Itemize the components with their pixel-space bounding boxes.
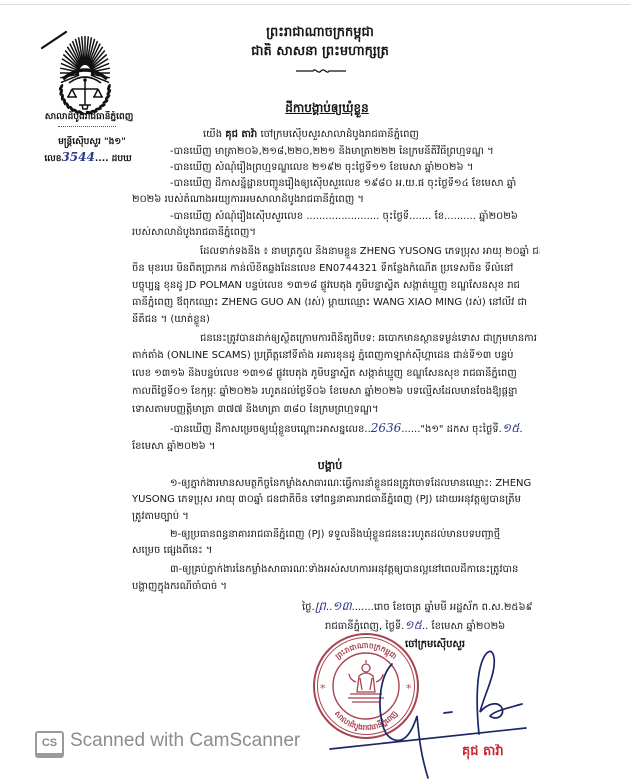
document-title: ដីកាបង្គាប់ឲ្យឃុំខ្លួន <box>240 100 414 118</box>
kingdom-heading: ព្រះរាជាណាចក្រកម្ពុជា <box>210 24 430 42</box>
charge-line: លេខ ១៣១៦ និងបន្ទប់លេខ ១៣១៨ ផ្លូវបេតុង ភូ… <box>132 367 540 382</box>
order-line: YUSONG ភេទប្រុស អាយុ ៣០ឆ្នាំ ជនជាតិចិន ទ… <box>132 493 540 508</box>
judge-name: គុជ តាវ៉ា <box>225 129 257 140</box>
detention-ref-middle: ......"ង១" ដកស ចុះថ្ងៃទី. <box>401 424 502 435</box>
lunar-prefix: ថ្ងៃ. <box>302 602 315 613</box>
scanned-document-page: សាលាដំបូងរាជធានីភ្នំពេញ មន្ត្រីស៊ើបសួរ "… <box>0 0 630 782</box>
ornament-flourish-icon <box>296 66 346 76</box>
charge-line: ជននេះត្រូវបានដាក់ឲ្យស្ថិតក្រោមការពិនិត្យ… <box>200 332 540 347</box>
camscanner-logo-icon: CS <box>35 731 64 758</box>
investigating-office: មន្ត្រីស៊ើបសួរ "ង១" <box>32 136 152 150</box>
detention-ref-suffix: . <box>519 424 522 435</box>
detention-ref-number-handwritten: 2636 <box>371 421 402 435</box>
intro-line: យើង គុជ តាវ៉ា ចៅក្រមស៊ើបសួរសាលាដំបូងរាជធ… <box>203 128 540 143</box>
national-motto: ជាតិ សាសនា ព្រះមហាក្សត្រ <box>210 43 430 61</box>
charge-line: ទោសតាមបញ្ញត្តិមាត្រា ៣៧៧ និងមាត្រា ៣៨០ ន… <box>132 403 540 418</box>
place-day-handwritten: ១៥ <box>404 618 422 632</box>
court-emblem-icon <box>55 33 115 115</box>
order-line: សម្រេច ផ្សេងពីនេះ ។ <box>132 544 540 559</box>
consideration-line: -បានឃើញ សំណុំរឿងព្រហ្មទណ្ឌលេខ ២១៩២ ចុះថ្… <box>170 161 540 176</box>
accused-details-line: ចិន មុខរបរ មិនពិតប្រាកដ កាន់លិខិតឆ្លងដែន… <box>132 262 540 277</box>
order-line: ៣-ឲ្យគ្រប់ភ្នាក់ងារនៃកម្លាំងសាធារណៈទាំងអ… <box>170 563 540 578</box>
order-line: ត្រូវតាមច្បាប់ ។ <box>132 510 540 525</box>
detention-ref-day-handwritten: ១៥ <box>502 421 520 435</box>
camscanner-watermark: Scanned with CamScanner <box>70 729 300 753</box>
document-number-suffix: .... ដបឃ <box>95 154 132 164</box>
court-seal-stamp: ព្រះរាជាណាចក្រកម្ពុជា សាលាដំបូងរាជធានីភ្… <box>312 632 420 740</box>
charge-line: កាលពីថ្ងៃទី០១ ខែកុម្ភៈ ឆ្នាំ២០២៦ រហូតដល់… <box>132 385 540 400</box>
stamp-star-left-icon: * <box>320 682 326 695</box>
order-line: ២-ឲ្យប្រធានពន្ធនាគាររាជធានីភ្នំពេញ (PJ) … <box>170 528 540 543</box>
intro-prefix: យើង <box>203 129 225 140</box>
order-line: បង្ហាញក្នុងករណីចាំបាច់ ។ <box>132 580 540 595</box>
lunar-day-handwritten: ១៣ <box>332 599 351 613</box>
orders-heading: បង្គាប់ <box>280 458 380 474</box>
place-prefix: រាជធានីភ្នំពេញ, ថ្ងៃទី. <box>325 621 404 632</box>
place-suffix: .. ខែមេសា ឆ្នាំ២០២៦ <box>422 621 505 632</box>
document-number-prefix: លេខ <box>44 154 61 164</box>
stamp-deity-figure-icon <box>348 660 384 702</box>
accused-details-line: នីតិជន ។ (ឃាត់ខ្លួន) <box>132 313 540 328</box>
accused-details-line: បច្ចុប្បន្ន ខុនដូ JD POLMAN បន្ទប់លេខ ១៣… <box>132 279 540 294</box>
consideration-line: -បានឃើញ សំណុំរឿងស៊ើបសួរលេខ .............… <box>170 210 540 225</box>
lunar-suffix: .......រោច ខែចេត្រ ឆ្នាំមមី អដ្ឋស័ក ព.ស.… <box>352 602 533 613</box>
court-name: សាលាដំបូងរាជធានីភ្នំពេញ <box>28 111 150 125</box>
detention-reference-line: -បានឃើញ ដីកាសម្រេចឲ្យឃុំខ្លួនបណ្តោះអាសន្… <box>170 421 540 438</box>
detention-ref-prefix: -បានឃើញ ដីកាសម្រេចឲ្យឃុំខ្លួនបណ្តោះអាសន្… <box>170 424 371 435</box>
lunar-date-line: ថ្ងៃ.ព្រ..១៣.......រោច ខែចេត្រ ឆ្នាំមមី … <box>302 599 542 616</box>
stamp-star-right-icon: * <box>406 682 412 695</box>
consideration-line: -បានឃើញ ដីកាសន្និដ្ឋានបញ្ជូនរឿងឲ្យស៊ើបសួ… <box>170 177 540 192</box>
document-number-handwritten: 3544 <box>61 151 94 164</box>
signatory-title: ចៅក្រមស៊ើបសួរ <box>405 638 515 653</box>
order-line: ១-ឲ្យភ្នាក់ងារមានសមត្ថកិច្ចនៃកម្លាំងសាធា… <box>170 477 540 492</box>
lunar-weekday-handwritten: ព្រ <box>315 599 326 613</box>
accused-details-line: ធានីភ្នំពេញ ឪពុកឈ្មោះ ZHENG GUO AN (រស់)… <box>132 296 540 311</box>
top-border-line <box>0 4 630 5</box>
consideration-line: ២០២៦ របស់តំណាងអយ្យការអមសាលាដំបូងរាជធានីភ… <box>132 193 540 208</box>
consideration-line: របស់សាលាដំបូងរាជធានីភ្នំពេញ។ <box>132 226 540 241</box>
consideration-line: -បានឃើញ មាត្រា២០៦,២១៨,២២០,២២១ និងមាត្រា២… <box>170 145 540 160</box>
intro-suffix: ចៅក្រមស៊ើបសួរសាលាដំបូងរាជធានីភ្នំពេញ <box>257 129 419 140</box>
charge-line: តាក់តាំង (ONLINE SCAMS) ប្រព្រឹត្តនៅទីតា… <box>132 349 540 364</box>
detention-reference-line: ខែមេសា ឆ្នាំ២០២៦ ។ <box>132 440 540 455</box>
accused-details-line: ដែលទាក់ទងនឹង ៖ នាមត្រកូល និងនាមខ្លួន ZHE… <box>200 245 540 260</box>
signatory-name: គុជ តាវ៉ា <box>462 744 542 762</box>
court-name-divider <box>58 126 116 127</box>
document-number: លេខ3544.... ដបឃ <box>24 151 152 168</box>
